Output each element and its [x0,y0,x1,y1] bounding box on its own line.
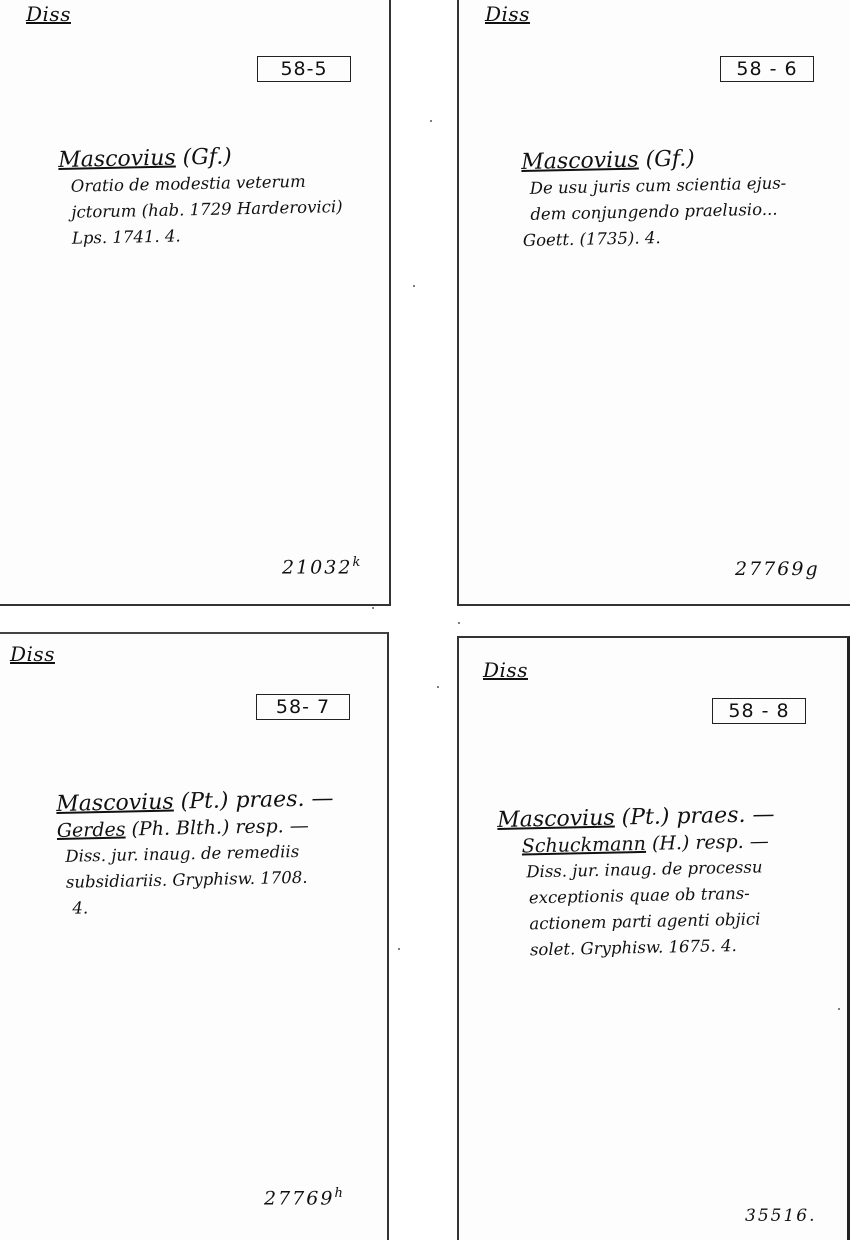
scan-speck [430,120,432,122]
author-name: Mascovius [497,806,615,833]
author-initials: (Pt.) praes. — [180,786,333,814]
accession-suffix: h [334,1186,344,1201]
entry-line: dem conjungendo praelusio... [522,196,787,228]
card-category-label: Diss [26,2,71,26]
card-category-label: Diss [485,2,530,26]
catalog-card-58-5: Diss 58-5 Mascovius (Gf.) Oratio de mode… [0,0,391,606]
shelfmark-box: 58 - 8 [712,698,806,724]
entry-line: Lps. 1741. 4. [60,220,344,252]
respondent-name: Schuckmann [522,833,647,858]
catalog-entry: Mascovius (Pt.) praes. — Schuckmann (H.)… [497,802,777,964]
catalog-card-58-6: Diss 58 - 6 Mascovius (Gf.) De usu juris… [457,0,850,606]
catalog-entry: Mascovius (Gf.) Oratio de modestia veter… [58,142,343,252]
scan-speck [398,948,400,950]
entry-line: Goett. (1735). 4. [523,222,788,254]
author-name: Mascovius [521,148,639,175]
shelfmark-box: 58-5 [257,56,351,82]
accession-value: 35516. [745,1206,816,1226]
catalog-card-58-8: Diss 58 - 8 Mascovius (Pt.) praes. — Sch… [457,636,850,1240]
scan-speck [413,285,415,287]
entry-line: solet. Gryphisw. 1675. 4. [500,932,778,964]
shelfmark-box: 58- 7 [256,694,350,720]
author-initials: (Pt.) praes. — [621,802,774,830]
shelfmark-box: 58 - 6 [720,56,814,82]
accession-number: 27769g [735,558,820,580]
accession-value: 27769 [264,1187,334,1209]
respondent-initials: (H.) resp. — [652,830,769,854]
catalog-entry: Mascovius (Pt.) praes. — Gerdes (Ph. Blt… [56,786,336,922]
author-initials: (Gf.) [182,144,232,170]
scan-speck [838,1008,840,1010]
accession-value: 21032 [282,556,352,578]
author-initials: (Gf.) [645,146,695,172]
accession-suffix: k [352,555,362,570]
accession-number: 21032k [282,555,362,578]
card-category-label: Diss [483,658,528,682]
accession-value: 27769 [735,558,805,580]
catalog-entry: Mascovius (Gf.) De usu juris cum scienti… [521,144,788,254]
scan-speck [372,607,374,609]
author-name: Mascovius [58,146,176,173]
accession-suffix: g [805,558,819,580]
catalog-card-58-7: Diss 58- 7 Mascovius (Pt.) praes. — Gerd… [0,632,389,1240]
card-category-label: Diss [10,642,55,666]
scan-speck [458,622,460,624]
accession-number: 35516. [745,1206,816,1226]
scan-speck [437,686,439,688]
respondent-initials: (Ph. Blth.) resp. — [131,815,309,841]
respondent-name: Gerdes [57,819,126,842]
accession-number: 27769h [264,1186,345,1209]
author-name: Mascovius [56,790,174,817]
